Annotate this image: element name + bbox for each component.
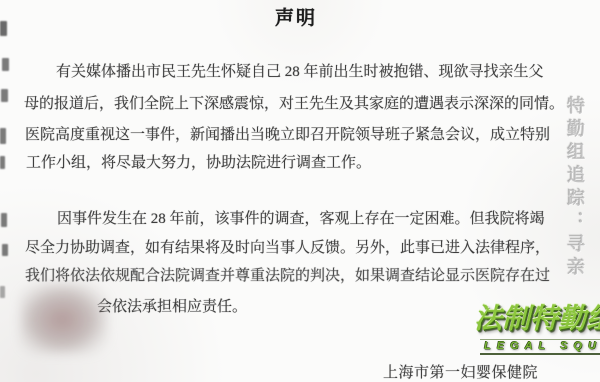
left-edge-artifact xyxy=(0,21,7,36)
left-edge-artifact xyxy=(2,244,8,256)
statement-line-4: 工作小组，将尽最大努力，协助法院进行调查工作。 xyxy=(26,151,371,172)
left-edge-artifact xyxy=(1,213,7,227)
left-edge-artifact xyxy=(1,89,8,102)
statement-line-3: 医院高度重视这一事件，新闻播出当晚立即召开院领导班子紧急会议，成立特别 xyxy=(25,123,550,144)
left-edge-artifact xyxy=(0,128,6,144)
statement-line-1: 有关媒体播出市民王先生怀疑自己 28 年前出生时被抱错、现欲寻找亲生父 xyxy=(56,60,544,81)
left-edge-artifact xyxy=(2,58,9,71)
hospital-signature: 上海市第一妇婴保健院 xyxy=(383,361,538,382)
redacted-seal-blur xyxy=(20,282,108,354)
program-logo-english: LEGAL SQUAD xyxy=(480,339,600,355)
program-logo-chinese: 法制特勤组 xyxy=(474,302,600,336)
left-edge-artifact xyxy=(0,156,5,169)
statement-line-2: 母的报道后，我们全院上下深感震惊，对王先生及其家庭的遭遇表示深深的同情。 xyxy=(24,92,564,113)
statement-line-8: 会依法承担相应责任。 xyxy=(97,295,247,316)
statement-line-6: 尽全力协助调查，如有结果将及时向当事人反馈。另外，此事已进入法律程序， xyxy=(25,236,550,257)
program-logo: 法制特勤组 LEGAL SQUAD xyxy=(474,302,600,355)
tv-frame: 声明 有关媒体播出市民王先生怀疑自己 28 年前出生时被抱错、现欲寻找亲生父 母… xyxy=(0,0,600,382)
statement-title: 声明 xyxy=(275,3,317,30)
program-watermark-vertical: 特勤组追踪：寻亲 xyxy=(562,96,588,306)
statement-line-5: 因事件发生在 28 年前，该事件的调查，客观上存在一定困难。但我院将竭 xyxy=(57,207,545,228)
statement-line-7: 我们将依法依规配合法院调查并尊重法院的判决，如果调查结论显示医院存在过 xyxy=(25,264,550,285)
left-edge-artifact xyxy=(0,286,5,298)
